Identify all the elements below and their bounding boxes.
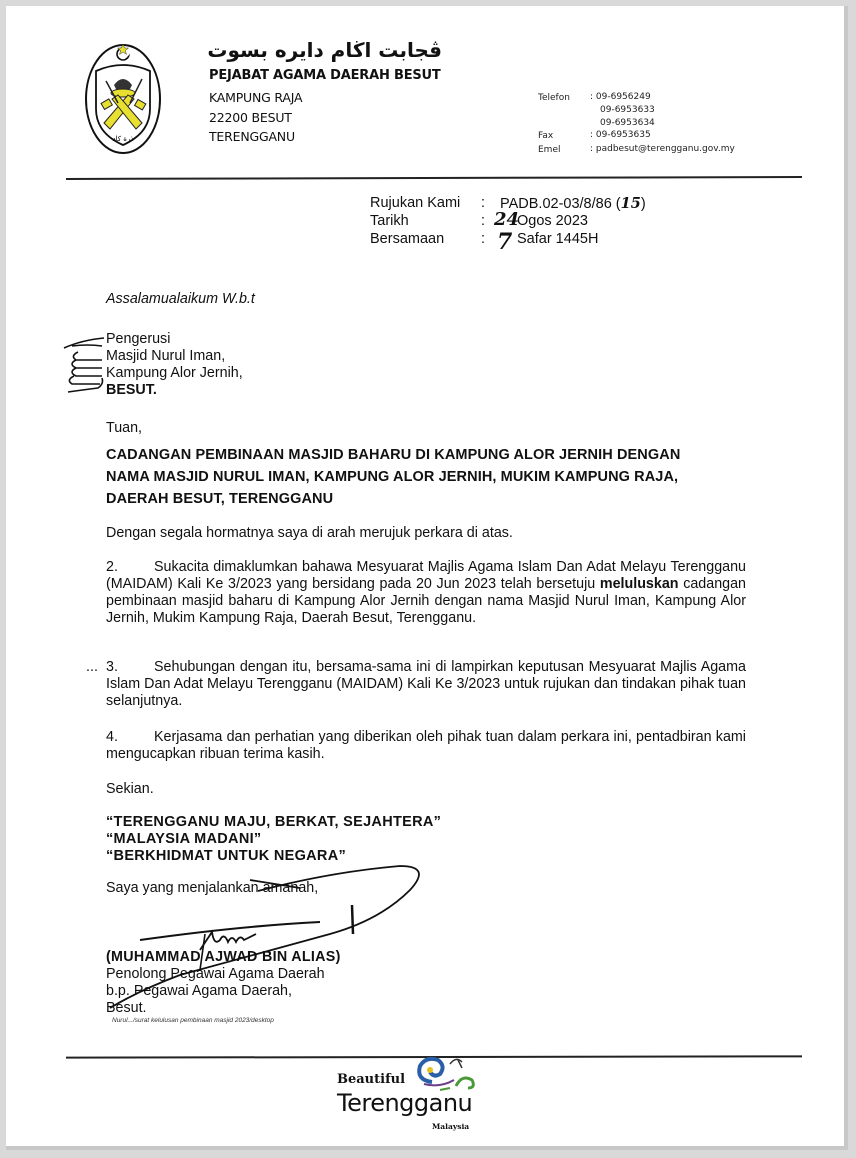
date-handwritten-day: 24 — [494, 209, 519, 230]
paragraph-4: 4.Kerjasama dan perhatian yang diberikan… — [106, 729, 746, 763]
subject-line-3: DAERAH BESUT, TERENGGANU — [106, 488, 746, 510]
address-line-1: KAMPUNG RAJA — [209, 90, 302, 105]
email-value: : padbesut@terengganu.gov.my — [590, 144, 735, 154]
pointing-hand-annotation-icon — [62, 334, 112, 396]
telefon-value-1: : 09-6956249 — [590, 92, 651, 102]
office-name-jawi: ڤجابت اڬام دايره بسوت — [222, 38, 442, 62]
svg-text:ذرة كاد: ذرة كاد — [113, 135, 134, 143]
signatory-title-2: b.p. Pegawai Agama Daerah, — [106, 983, 292, 1000]
file-path-note: Nurul.../surat kelulusan pembinaan masji… — [112, 1017, 274, 1024]
beautiful-terengganu-swirl-icon — [410, 1054, 480, 1098]
recipient-org: Masjid Nurul Iman, — [106, 348, 225, 365]
address-line-2: 22200 BESUT — [209, 110, 292, 125]
signatory-name: (MUHAMMAD AJWAD BIN ALIAS) — [106, 949, 341, 966]
recipient-village: Kampung Alor Jernih, — [106, 365, 243, 382]
hijri-value: Safar 1445H — [517, 231, 598, 247]
greeting: Assalamualaikum W.b.t — [106, 291, 255, 308]
motto-3: “BERKHIDMAT UNTUK NEGARA” — [106, 848, 346, 864]
logo-beautiful: Beautiful — [337, 1072, 405, 1087]
fax-value: : 09-6953635 — [590, 130, 651, 140]
signatory-title-1: Penolong Pegawai Agama Daerah — [106, 966, 325, 983]
ref-colon: : — [481, 195, 485, 211]
logo-malaysia: Malaysia — [432, 1122, 469, 1131]
recipient-district: BESUT. — [106, 382, 157, 399]
hijri-colon: : — [481, 231, 485, 247]
opening-line: Dengan segala hormatnya saya di arah mer… — [106, 525, 513, 542]
address-line-3: TERENGGANU — [209, 129, 295, 144]
hijri-label: Bersamaan — [370, 231, 444, 247]
date-colon: : — [481, 213, 485, 229]
fax-label: Fax — [538, 131, 553, 141]
motto-1: “TERENGGANU MAJU, BERKAT, SEJAHTERA” — [106, 814, 441, 830]
ref-label: Rujukan Kami — [370, 195, 460, 211]
subject-line-2: NAMA MASJID NURUL IMAN, KAMPUNG ALOR JER… — [106, 466, 746, 488]
office-name: PEJABAT AGAMA DAERAH BESUT — [209, 68, 441, 83]
salutation: Tuan, — [106, 420, 142, 437]
subject-line-1: CADANGAN PEMBINAAN MASJID BAHARU DI KAMP… — [106, 444, 746, 466]
hijri-handwritten-day: 7 — [497, 229, 512, 255]
terengganu-crest-icon: ذرة كاد — [84, 37, 162, 155]
paragraph-2: 2.Sukacita dimaklumkan bahawa Mesyuarat … — [106, 559, 746, 627]
telefon-value-2: 09-6953633 — [600, 105, 655, 115]
ref-value: PADB.02-03/8/86 (15) — [500, 195, 646, 212]
paragraph-3-marker: ... — [86, 659, 98, 676]
closing: Sekian. — [106, 781, 154, 798]
date-value: Ogos 2023 — [517, 213, 588, 229]
telefon-value-3: 09-6953634 — [600, 118, 655, 128]
trust-line: Saya yang menjalankan amanah, — [106, 880, 318, 897]
email-label: Emel — [538, 145, 561, 155]
motto-2: “MALAYSIA MADANI” — [106, 831, 261, 847]
telefon-label: Telefon — [538, 93, 570, 103]
date-label: Tarikh — [370, 213, 409, 229]
paragraph-3: 3.Sehubungan dengan itu, bersama-sama in… — [106, 659, 746, 710]
recipient-title: Pengerusi — [106, 331, 170, 348]
signatory-title-3: Besut. — [106, 1000, 147, 1017]
